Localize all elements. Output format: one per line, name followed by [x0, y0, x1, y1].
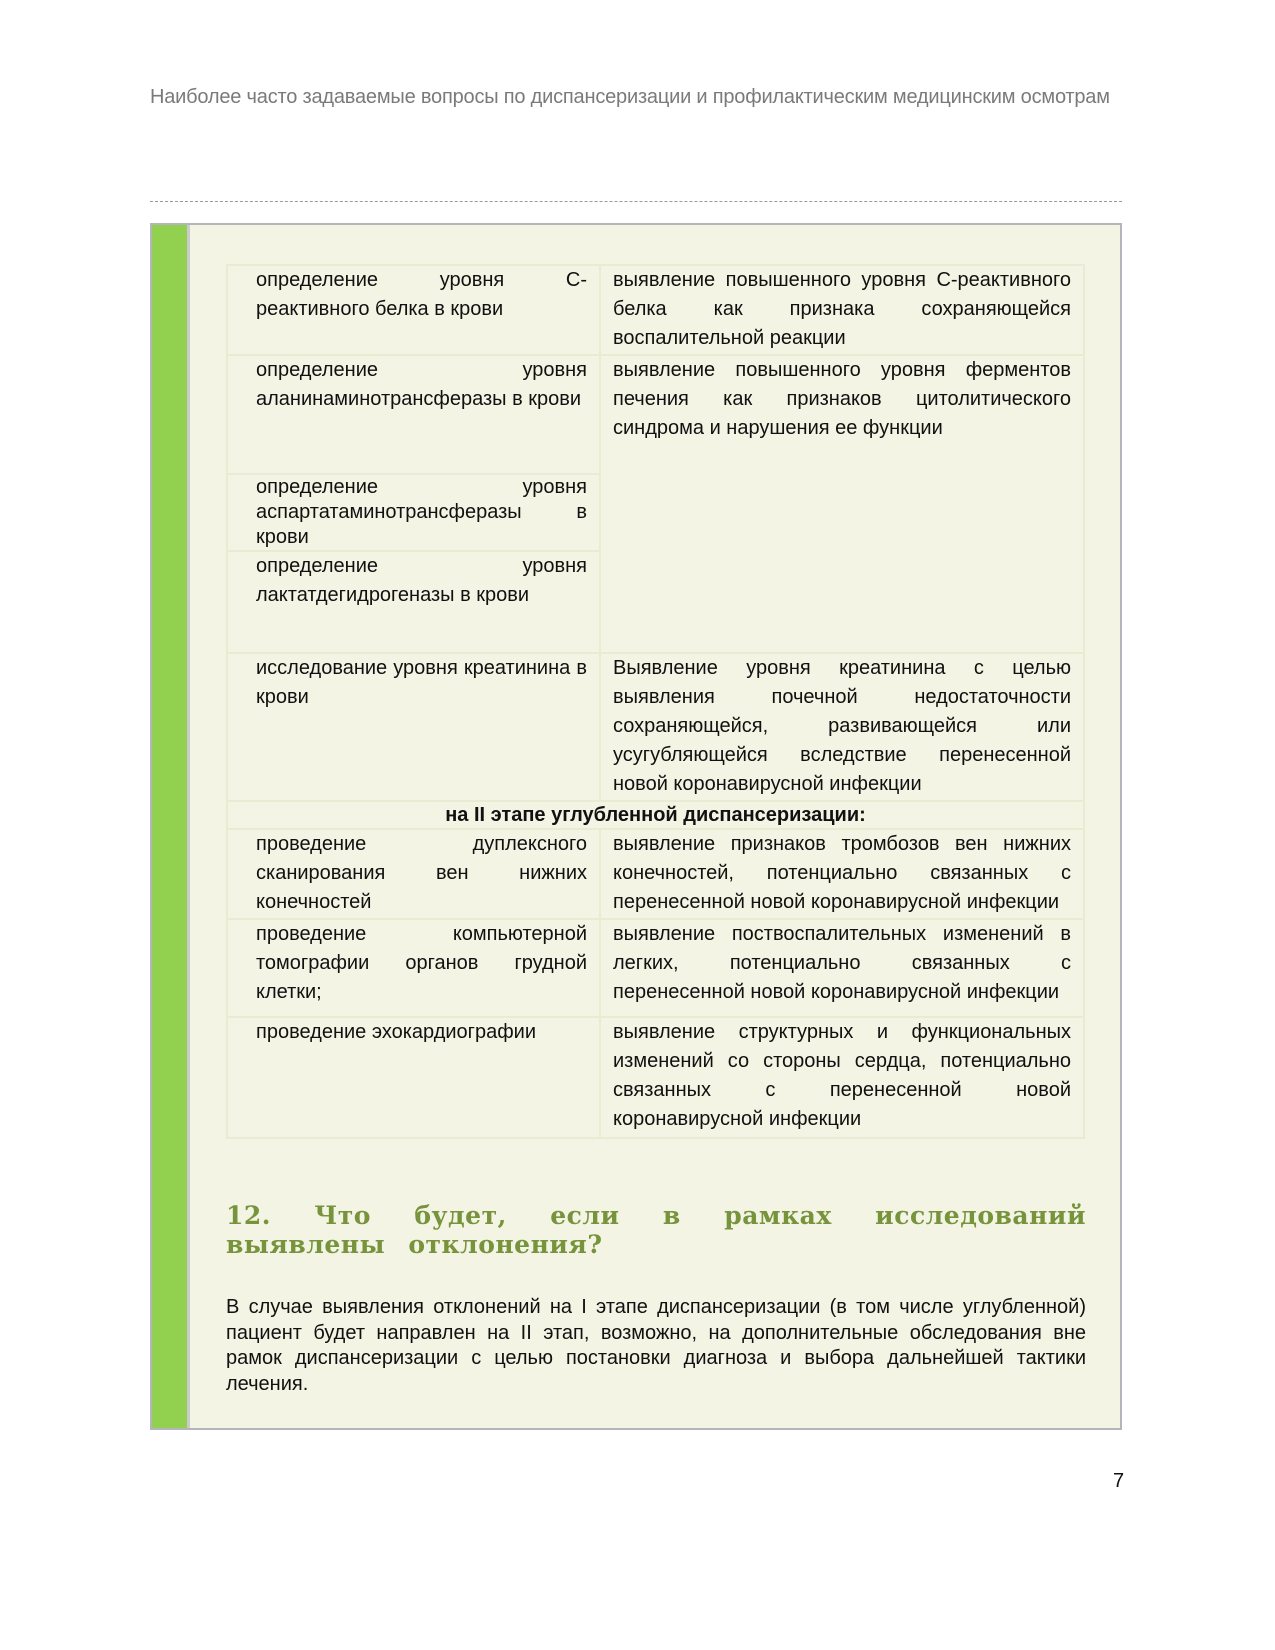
- header-divider: [150, 201, 1122, 202]
- exam-cell: проведение компьютерной томографии орган…: [227, 919, 600, 1017]
- exam-cell: определение уровня С-реактивного белка в…: [227, 265, 600, 355]
- exam-cell: проведение дуплексного сканирования вен …: [227, 829, 600, 919]
- exam-cell: определение уровня лактатдегидрогеназы в…: [227, 551, 600, 653]
- purpose-cell: выявление повышенного уровня С-реактивно…: [600, 265, 1084, 355]
- purpose-cell: Выявление уровня креатинина с целью выяв…: [600, 653, 1084, 801]
- purpose-cell: выявление поствоспалительных изменений в…: [600, 919, 1084, 1017]
- examinations-table: определение уровня С-реактивного белка в…: [226, 264, 1085, 1139]
- stage-header-row: на II этапе углубленной диспансеризации:: [227, 801, 1084, 829]
- stage-label: на II этапе углубленной диспансеризации:: [227, 801, 1084, 829]
- exam-cell: определение уровня аланинаминотрансфераз…: [227, 355, 600, 474]
- table-row: определение уровня С-реактивного белка в…: [227, 265, 1084, 355]
- running-header: Наиболее часто задаваемые вопросы по дис…: [150, 74, 1130, 120]
- purpose-cell: выявление структурных и функциональных и…: [600, 1017, 1084, 1138]
- table-row: проведение компьютерной томографии орган…: [227, 919, 1084, 1017]
- exam-cell: определение уровня аспартатаминотрансфер…: [227, 474, 600, 551]
- table-row: проведение эхокардиографии выявление стр…: [227, 1017, 1084, 1138]
- purpose-cell: выявление признаков тромбозов вен нижних…: [600, 829, 1084, 919]
- exam-cell: проведение эхокардиографии: [227, 1017, 600, 1138]
- purpose-cell: выявление повышенного уровня ферментов п…: [600, 355, 1084, 653]
- section-heading: 12. Что будет, если в рамках исследовани…: [226, 1201, 1086, 1259]
- table-row: определение уровня аланинаминотрансфераз…: [227, 355, 1084, 474]
- exam-cell: исследование уровня креатинина в крови: [227, 653, 600, 801]
- accent-bar: [152, 225, 190, 1428]
- table-row: проведение дуплексного сканирования вен …: [227, 829, 1084, 919]
- content-panel: определение уровня С-реактивного белка в…: [150, 223, 1122, 1430]
- page-number: 7: [1113, 1470, 1124, 1493]
- table-row: исследование уровня креатинина в крови В…: [227, 653, 1084, 801]
- section-paragraph: В случае выявления отклонений на I этапе…: [226, 1295, 1086, 1397]
